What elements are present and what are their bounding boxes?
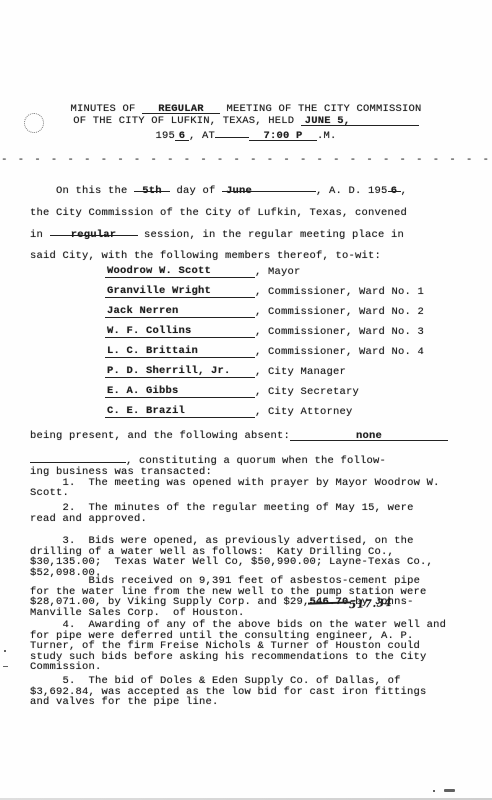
header-empty-blank — [215, 127, 249, 138]
header-line-1-pre: MINUTES OF — [70, 103, 142, 115]
opening-line-2: the City Commission of the City of Lufki… — [30, 203, 468, 225]
business-transacted-block: ing business was transacted: 1. The meet… — [30, 467, 468, 499]
official-title: , Commissioner, Ward No. 4 — [255, 346, 424, 358]
official-name: L. C. Brittain — [105, 345, 255, 358]
minutes-document-page: MINUTES OF REGULAR MEETING OF THE CITY C… — [0, 0, 492, 800]
scan-speck — [433, 790, 435, 792]
official-title: , City Attorney — [255, 406, 353, 418]
present-line-1: being present, and the following absent:… — [30, 430, 448, 442]
dashed-separator: - - - - - - - - - - - - - - - - - - - - … — [0, 154, 492, 166]
month-blank: June — [222, 181, 316, 192]
official-name: Woodrow W. Scott — [105, 265, 255, 278]
opening-l1-pre: On this the — [30, 185, 134, 197]
session-type-blank: regular — [50, 225, 138, 236]
roster-row-ward3: W. F. Collins, Commissioner, Ward No. 3 — [105, 318, 424, 338]
header-at-label: , AT — [189, 130, 215, 142]
opening-l1-mid2: , A. D. 195 — [316, 185, 388, 197]
agenda-item-3b-block: Bids received on 9,391 feet of asbestos-… — [30, 576, 468, 618]
roster-row-mayor: Woodrow W. Scott, Mayor — [105, 258, 424, 278]
official-name: C. E. Brazil — [105, 405, 255, 418]
opening-line-3: in regular session, in the regular meeti… — [30, 225, 468, 247]
agenda-item-5: 5. The bid of Doles & Eden Supply Co. of… — [30, 676, 468, 708]
official-name: W. F. Collins — [105, 325, 255, 338]
officials-roster: Woodrow W. Scott, Mayor Granville Wright… — [105, 258, 424, 418]
opening-line-1: On this the 5th day of June, A. D. 1956, — [30, 181, 468, 203]
official-name: P. D. Sherrill, Jr. — [105, 365, 255, 378]
header-year-pre: 195 — [155, 130, 175, 142]
item-3b-line-4: Manville Sales Corp. of Houston. — [30, 608, 468, 619]
absent-blank: none — [290, 430, 448, 441]
header-meeting-type-blank: REGULAR — [142, 103, 220, 114]
header-line-1: MINUTES OF REGULAR MEETING OF THE CITY C… — [0, 103, 492, 115]
absent-blank-2 — [30, 452, 126, 463]
official-title: , City Manager — [255, 366, 346, 378]
present-line-2: , constituting a quorum when the follow- — [30, 452, 386, 467]
official-title: , City Secretary — [255, 386, 359, 398]
scan-smudge-bottom-right — [444, 789, 455, 792]
roster-row-city-attorney: C. E. Brazil, City Attorney — [105, 398, 424, 418]
official-title: , Commissioner, Ward No. 2 — [255, 306, 424, 318]
day-blank: 5th — [134, 181, 170, 192]
roster-row-ward4: L. C. Brittain, Commissioner, Ward No. 4 — [105, 338, 424, 358]
official-title: , Commissioner, Ward No. 1 — [255, 286, 424, 298]
roster-row-ward2: Jack Nerren, Commissioner, Ward No. 2 — [105, 298, 424, 318]
agenda-item-2: 2. The minutes of the regular meeting of… — [30, 503, 468, 524]
official-title: , Mayor — [255, 266, 301, 278]
header-line-2-pre: OF THE CITY OF LUFKIN, TEXAS, HELD — [73, 115, 301, 127]
agenda-item-4: 4. Awarding of any of the above bids on … — [30, 620, 468, 673]
header-time-blank: 7:00 P — [249, 130, 317, 141]
agenda-item-2-block: 2. The minutes of the regular meeting of… — [30, 503, 468, 524]
roster-row-city-manager: P. D. Sherrill, Jr., City Manager — [105, 358, 424, 378]
opening-l1-end: , — [401, 185, 408, 197]
present-l1-pre: being present, and the following absent: — [30, 430, 290, 442]
opening-l3-pre: in — [30, 229, 50, 241]
official-name: Granville Wright — [105, 285, 255, 298]
scan-speck — [4, 650, 6, 652]
year-digit-blank: 6 — [388, 181, 401, 192]
header-meridiem-label: .M. — [317, 130, 337, 142]
official-name: E. A. Gibbs — [105, 385, 255, 398]
agenda-item-5-block: 5. The bid of Doles & Eden Supply Co. of… — [30, 676, 468, 708]
scan-speck — [3, 666, 8, 667]
opening-l3-post: session, in the regular meeting place in — [138, 229, 405, 241]
agenda-item-3-block: 3. Bids were opened, as previously adver… — [30, 536, 468, 578]
header-year-blank: 6 — [175, 130, 189, 141]
handwritten-correction: 517.34 — [349, 597, 393, 611]
header-date-blank: JUNE 5, — [301, 115, 419, 126]
header-line-2: OF THE CITY OF LUFKIN, TEXAS, HELD JUNE … — [0, 115, 492, 127]
opening-paragraph: On this the 5th day of June, A. D. 1956,… — [30, 181, 468, 268]
agenda-item-4-block: 4. Awarding of any of the above bids on … — [30, 620, 468, 673]
item-3b-line-1: Bids received on 9,391 feet of asbestos-… — [30, 576, 468, 587]
official-title: , Commissioner, Ward No. 3 — [255, 326, 424, 338]
present-line-3: ing business was transacted: — [30, 467, 468, 478]
roster-row-city-secretary: E. A. Gibbs, City Secretary — [105, 378, 424, 398]
header-line-3: 1956, AT7:00 P.M. — [0, 127, 492, 142]
official-name: Jack Nerren — [105, 305, 255, 318]
agenda-item-3: 3. Bids were opened, as previously adver… — [30, 536, 468, 578]
roster-row-ward1: Granville Wright, Commissioner, Ward No.… — [105, 278, 424, 298]
header-line-1-post: MEETING OF THE CITY COMMISSION — [220, 103, 422, 115]
agenda-item-1: 1. The meeting was opened with prayer by… — [30, 478, 468, 499]
struck-amount: 546.70 — [310, 596, 349, 608]
opening-l1-mid: day of — [170, 185, 222, 197]
